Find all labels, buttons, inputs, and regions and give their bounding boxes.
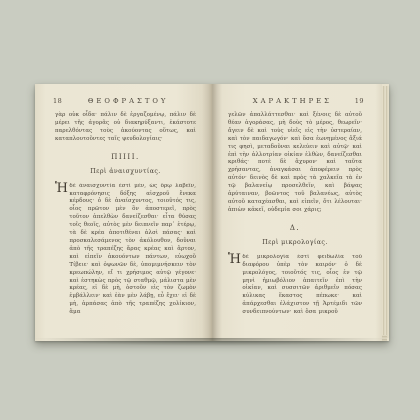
right-body-text: δὲ μικρολογία ἐστὶ φειδωλία τοῦ διαφόρου… [242,254,362,317]
left-chapter-title: Περὶ ἀναισχυντίας. [55,168,196,175]
right-header-row: ΧΑΡΑΚΤΗΡΕΣ 19 [230,97,364,105]
right-chapter-title: Περὶ μικρολογίας. [228,239,362,246]
right-chapter-end-fragment: γελῶν ἀπαλλάττεσθαι· καὶ ξένοις δὲ αὑτοῦ… [228,112,362,215]
left-header-row: 18 ΘΕΟΦΡΑΣΤΟΥ [53,97,194,105]
right-text-column: γελῶν ἀπαλλάττεσθαι· καὶ ξένοις δὲ αὑτοῦ… [228,112,362,317]
right-chapter-number: Δ. [228,224,362,232]
right-drop-cap-initial: Ἡ [228,254,241,266]
left-body-text: δὲ ἀναισχυντία ἐστὶ μὲν, ὡς ὅρῳ λαβεῖν, … [69,183,196,317]
left-chapter-body: Ἡ δὲ ἀναισχυντία ἐστὶ μὲν, ὡς ὅρῳ λαβεῖν… [55,183,196,317]
page-stack-right-edge [382,86,389,338]
left-drop-cap-initial: Ἡ [55,183,68,195]
right-page-number: 19 [355,97,364,105]
left-chapter-number: ΠΙΙΙΙ. [55,153,196,161]
right-chapter-body: Ἡ δὲ μικρολογία ἐστὶ φειδωλία τοῦ διαφόρ… [228,254,362,317]
photo-backdrop: 18 ΘΕΟΦΡΑΣΤΟΥ γὰρ οὐκ οἶδα· πάλιν δὲ ἐργ… [0,0,420,420]
left-chapter-end-fragment: γὰρ οὐκ οἶδα· πάλιν δὲ ἐργαζομένῳ, πάλιν… [55,112,196,144]
left-text-column: γὰρ οὐκ οἶδα· πάλιν δὲ ἐργαζομένῳ, πάλιν… [55,112,196,317]
left-running-header: ΘΕΟΦΡΑΣΤΟΥ [62,97,194,105]
right-running-header: ΧΑΡΑΚΤΗΡΕΣ [230,97,355,105]
right-page: ΧΑΡΑΚΤΗΡΕΣ 19 γελῶν ἀπαλλάττεσθαι· καὶ ξ… [212,84,382,341]
open-book: 18 ΘΕΟΦΡΑΣΤΟΥ γὰρ οὐκ οἶδα· πάλιν δὲ ἐργ… [35,84,389,341]
left-page-number: 18 [53,97,62,105]
left-page: 18 ΘΕΟΦΡΑΣΤΟΥ γὰρ οὐκ οἶδα· πάλιν δὲ ἐργ… [35,84,212,341]
